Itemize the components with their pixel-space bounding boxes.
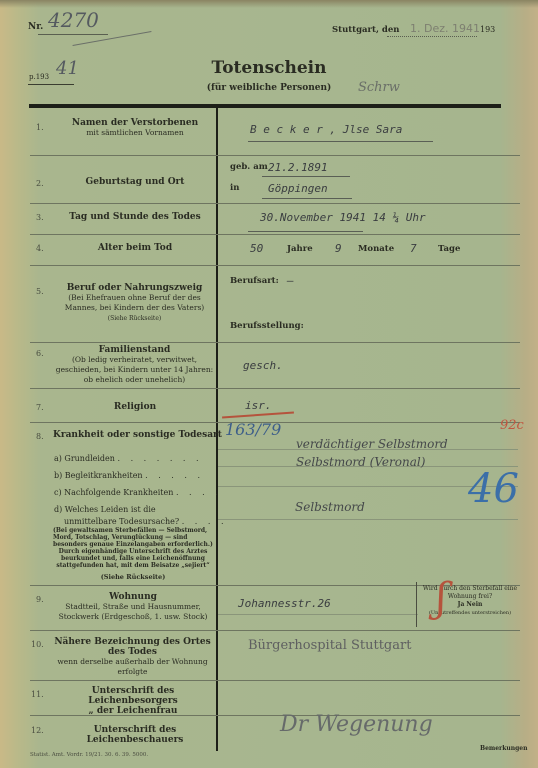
field-8-note-signature: Durch eigenhändige Unterschrift des Arzt… xyxy=(53,548,213,569)
age-days-label: Tage xyxy=(438,244,460,254)
field-9-number: 9. xyxy=(36,595,44,604)
field-9-label: Wohnung Stadtteil, Straße und Hausnummer… xyxy=(48,592,218,622)
field-3-number: 3. xyxy=(36,213,44,222)
field-11-number: 11. xyxy=(31,690,44,699)
field-8-number: 8. xyxy=(36,432,44,441)
death-date-underline xyxy=(248,231,363,232)
field-3-label: Tag und Stunde des Todes xyxy=(55,212,215,222)
examiner-signature: Dr Wegenung xyxy=(280,712,433,737)
field-10-title: Nähere Bezeichnung des Ortes des Todes xyxy=(54,637,210,657)
age-years-label: Jahre xyxy=(287,244,313,254)
field-10-subtitle: wenn derselbe außerhalb der Wohnung erfo… xyxy=(57,657,207,676)
marital-status-value: gesch. xyxy=(243,359,283,372)
field-9-subtitle: Stadtteil, Straße und Hausnummer, Stockw… xyxy=(59,602,208,621)
cause-a-value: verdächtiger Selbstmord xyxy=(296,437,448,451)
field-4-label: Alter beim Tod xyxy=(55,243,215,253)
occupation-position-label: Berufsstellung: xyxy=(230,321,304,331)
nr-value: 4270 xyxy=(48,8,99,32)
row-line-2 xyxy=(30,203,520,204)
case-code: 163/79 xyxy=(225,420,281,439)
cause-list: a) Grundleiden . . . . . . . b) Begleitk… xyxy=(54,450,228,528)
remarks-label: Bemerkungen xyxy=(480,745,527,752)
field-11-label: Unterschrift des Leichenbesorgers „ der … xyxy=(48,686,218,716)
occupation-type-label: Berufsart: xyxy=(230,276,279,286)
field-2-number: 2. xyxy=(36,179,44,188)
age-years: 50 xyxy=(250,242,263,255)
field-10-number: 10. xyxy=(31,640,44,649)
cause-d-label: d) Welches Leiden ist die xyxy=(54,504,228,516)
cause-b-label: b) Begleitkrankheiten . . . . . xyxy=(54,467,228,484)
deceased-name: B e c k e r , Jlse Sara xyxy=(250,123,402,136)
field-5-label: Beruf oder Nahrungszweig (Bei Ehefrauen … xyxy=(52,283,217,324)
top-rule xyxy=(29,104,501,108)
top-edge-shadow xyxy=(0,0,538,8)
field-11-title: Unterschrift des Leichenbesorgers xyxy=(88,686,177,706)
row-line-1 xyxy=(30,155,520,156)
side-box-divider xyxy=(416,582,417,627)
field-8-label: Krankheit oder sonstige Todesart xyxy=(53,430,222,440)
field-4-number: 4. xyxy=(36,244,44,253)
age-months-label: Monate xyxy=(358,244,394,254)
occupation-type-value: – xyxy=(287,274,294,287)
field-7-label: Religion xyxy=(55,402,215,412)
field-9-title: Wohnung xyxy=(109,592,157,602)
field-8-note-reverse: (Siehe Rückseite) xyxy=(53,573,213,581)
nr-label: Nr. xyxy=(28,22,43,32)
address-value: Johannesstr.26 xyxy=(238,597,331,610)
field-2-label: Geburtstag und Ort xyxy=(55,177,215,187)
address-rule xyxy=(218,614,418,615)
field-5-note: (Siehe Rückseite) xyxy=(108,315,161,322)
death-date-time: 30.November 1941 14 ¼ Uhr xyxy=(260,211,426,224)
field-5-title: Beruf oder Nahrungszweig xyxy=(67,283,203,293)
field-1-subtitle: mit sämtlichen Vornamen xyxy=(86,128,183,137)
field-6-label: Familienstand (Ob ledig verheiratet, ver… xyxy=(52,345,217,385)
cause-d-value: Selbstmord xyxy=(295,500,365,514)
field-1-label: Namen der Verstorbenen mit sämtlichen Vo… xyxy=(55,118,215,138)
name-underline xyxy=(248,141,433,142)
death-certificate: Nr. 4270 Stuttgart, den 1. Dez. 1941 193… xyxy=(0,0,538,768)
vacancy-question: Wird durch den Sterbefall eine Wohnung f… xyxy=(420,585,520,601)
birth-date-underline xyxy=(262,176,350,177)
document-title: Totenschein xyxy=(0,58,538,78)
cause-a-label: a) Grundleiden . . . . . . . xyxy=(54,450,228,467)
birth-date-label: geb. am xyxy=(230,162,268,172)
birth-place-value: Göppingen xyxy=(268,182,328,195)
row-line-5 xyxy=(30,342,520,343)
field-1-number: 1. xyxy=(36,123,44,132)
cause-c-label: c) Nachfolgende Krankheiten . . . . xyxy=(54,484,228,501)
field-11-title-2: „ der Leichenfrau xyxy=(89,706,178,716)
row-line-9 xyxy=(30,630,520,631)
birth-place-label: in xyxy=(230,183,239,193)
vacancy-note: (Unzutreffendes unterstreichen) xyxy=(420,609,520,617)
row-line-4 xyxy=(30,265,520,266)
religion-value: isr. xyxy=(245,399,272,412)
row-line-10 xyxy=(30,680,520,681)
printer-mark: Statist. Amt. Vordr. 19/21. 30. 6. 39. 5… xyxy=(30,752,148,758)
field-5-number: 5. xyxy=(36,287,44,296)
field-12-number: 12. xyxy=(31,726,44,735)
age-months: 9 xyxy=(335,242,342,255)
birth-place-underline xyxy=(262,198,352,199)
year-prefix: 193 xyxy=(480,25,495,34)
nr-underline xyxy=(38,34,108,35)
age-days: 7 xyxy=(410,242,417,255)
field-10-label: Nähere Bezeichnung des Ortes des Todes w… xyxy=(45,637,220,677)
red-underline xyxy=(222,411,294,418)
place-label: Stuttgart, den xyxy=(332,25,399,35)
date-stamp: 1. Dez. 1941 xyxy=(410,22,480,35)
document-subtitle: (für weibliche Personen) xyxy=(0,83,538,93)
field-12-label: Unterschrift des Leichenbeschauers xyxy=(50,725,220,745)
field-5-subtitle: (Bei Ehefrauen ohne Beruf der des Mannes… xyxy=(65,293,204,312)
vacancy-options[interactable]: Ja Nein xyxy=(420,601,520,609)
field-7-number: 7. xyxy=(36,403,44,412)
vacancy-box: Wird durch den Sterbefall eine Wohnung f… xyxy=(420,585,520,617)
rule-8d xyxy=(218,519,518,520)
row-line-3 xyxy=(30,234,520,235)
cause-b-value: Selbstmord (Veronal) xyxy=(296,455,425,469)
field-6-subtitle: (Ob ledig verheiratet, verwitwet, geschi… xyxy=(56,355,213,384)
field-6-number: 6. xyxy=(36,349,44,358)
row-line-6 xyxy=(30,388,520,389)
red-annotation: 92c xyxy=(500,418,524,433)
red-check-mark: ʃ xyxy=(436,575,447,621)
pencil-initials: Schrw xyxy=(358,80,400,95)
place-of-death-stamp: Bürgerhospital Stuttgart xyxy=(248,638,411,653)
date-dotted-line xyxy=(387,36,477,38)
birth-date-value: 21.2.1891 xyxy=(268,161,328,174)
field-1-title: Namen der Verstorbenen xyxy=(72,118,198,128)
blue-annotation: 46 xyxy=(468,466,519,512)
field-6-title: Familienstand xyxy=(99,345,171,355)
field-8-note-violent: (Bei gewaltsamen Sterbefällen — Selbstmo… xyxy=(53,527,213,548)
